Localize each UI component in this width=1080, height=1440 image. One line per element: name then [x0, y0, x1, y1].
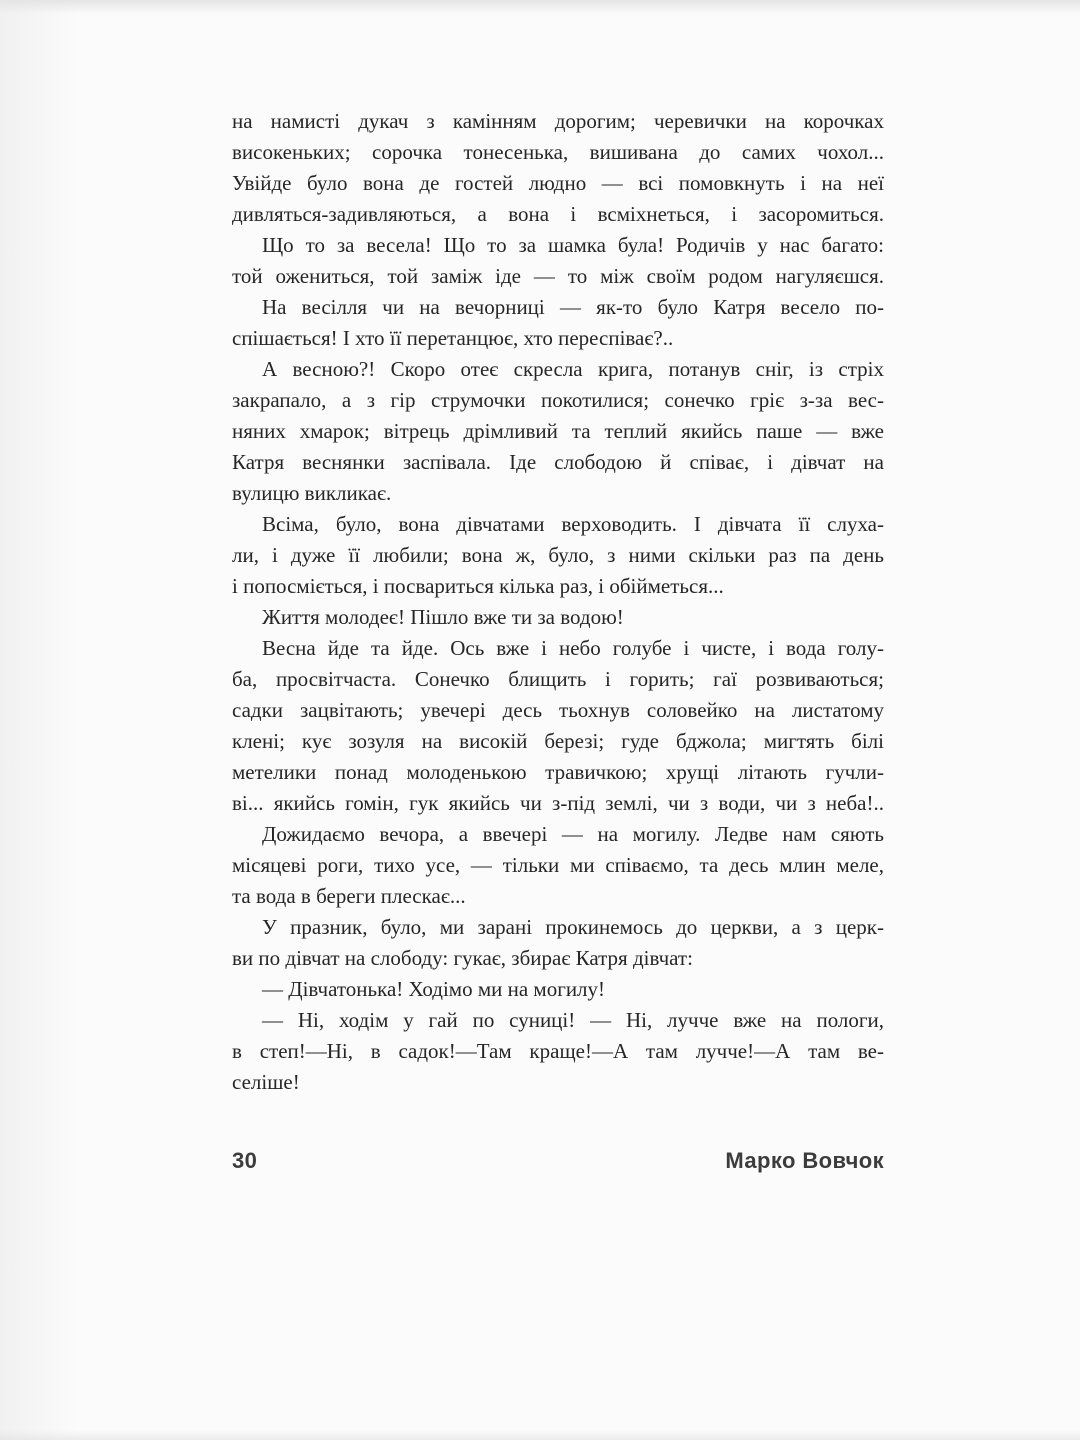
paragraph: — Ні, ходім у гай по суниці! — Ні, лучче…: [232, 1005, 884, 1098]
paragraph: на намисті дукач з камінням дорогим; чер…: [232, 106, 884, 230]
text-line: садки зацвітають; увечері десь тьохнув с…: [232, 695, 884, 726]
text-line: Всіма, було, вона дівчатами верховодить.…: [232, 509, 884, 540]
running-author: Марко Вовчок: [725, 1148, 884, 1174]
book-page: на намисті дукач з камінням дорогим; чер…: [0, 0, 1080, 1440]
text-line: дивляться-задивляються, а вона і всміхне…: [232, 199, 884, 230]
text-line: клені; кує зозуля на високій березі; гуд…: [232, 726, 884, 757]
text-line: закрапало, а з гір струмочки покотилися;…: [232, 385, 884, 416]
text-line: місяцеві роги, тихо усе, — тільки ми спі…: [232, 850, 884, 881]
text-line: няних хмарок; вітрець дрімливий та тепли…: [232, 416, 884, 447]
text-line: У празник, було, ми зарані прокинемось д…: [232, 912, 884, 943]
scan-edge-left: [0, 0, 78, 1440]
text-line: — Дівчатонька! Ходімо ми на могилу!: [232, 974, 884, 1005]
text-line: той ожениться, той заміж іде — то між св…: [232, 261, 884, 292]
text-line: ба, просвітчаста. Сонечко блищить і гори…: [232, 664, 884, 695]
paragraph: А весною?! Скоро отеє скресла крига, пот…: [232, 354, 884, 509]
body-text: на намисті дукач з камінням дорогим; чер…: [232, 106, 884, 1098]
scan-edge-top: [0, 0, 1080, 14]
text-line: Катря веснянки заспівала. Іде слободою й…: [232, 447, 884, 478]
paragraph: — Дівчатонька! Ходімо ми на могилу!: [232, 974, 884, 1005]
text-line: та вода в береги плескає...: [232, 881, 884, 912]
paragraph: Дожидаємо вечора, а ввечері — на могилу.…: [232, 819, 884, 912]
page-footer: 30 Марко Вовчок: [232, 1148, 884, 1174]
text-line: селіше!: [232, 1067, 884, 1098]
paragraph: Всіма, було, вона дівчатами верховодить.…: [232, 509, 884, 602]
paragraph: Життя молодеє! Пішло вже ти за водою!: [232, 602, 884, 633]
text-line: — Ні, ходім у гай по суниці! — Ні, лучче…: [232, 1005, 884, 1036]
text-line: спішається! І хто її перетанцює, хто пер…: [232, 323, 884, 354]
paragraph: У празник, було, ми зарані прокинемось д…: [232, 912, 884, 974]
text-line: Увійде було вона де гостей людно — всі п…: [232, 168, 884, 199]
text-line: ві... якийсь гомін, гук якийсь чи з-під …: [232, 788, 884, 819]
text-line: Весна йде та йде. Ось вже і небо голубе …: [232, 633, 884, 664]
paragraph: На весілля чи на вечорниці — як-то було …: [232, 292, 884, 354]
text-line: в степ!—Ні, в садок!—Там краще!—А там лу…: [232, 1036, 884, 1067]
paragraph: Що то за весела! Що то за шамка була! Ро…: [232, 230, 884, 292]
text-line: Життя молодеє! Пішло вже ти за водою!: [232, 602, 884, 633]
text-line: А весною?! Скоро отеє скресла крига, пот…: [232, 354, 884, 385]
text-line: Що то за весела! Що то за шамка була! Ро…: [232, 230, 884, 261]
text-line: На весілля чи на вечорниці — як-то було …: [232, 292, 884, 323]
text-line: Дожидаємо вечора, а ввечері — на могилу.…: [232, 819, 884, 850]
text-line: ви по дівчат на слободу: гукає, збирає К…: [232, 943, 884, 974]
text-line: ли, і дуже її любили; вона ж, було, з ни…: [232, 540, 884, 571]
text-line: на намисті дукач з камінням дорогим; чер…: [232, 106, 884, 137]
text-line: і попосміється, і посвариться кілька раз…: [232, 571, 884, 602]
scan-edge-bottom: [0, 1430, 1080, 1440]
text-line: метелики понад молоденькою травичкою; хр…: [232, 757, 884, 788]
page-number: 30: [232, 1148, 257, 1174]
text-line: вулицю викликає.: [232, 478, 884, 509]
text-line: високеньких; сорочка тонесенька, вишиван…: [232, 137, 884, 168]
paragraph: Весна йде та йде. Ось вже і небо голубе …: [232, 633, 884, 819]
